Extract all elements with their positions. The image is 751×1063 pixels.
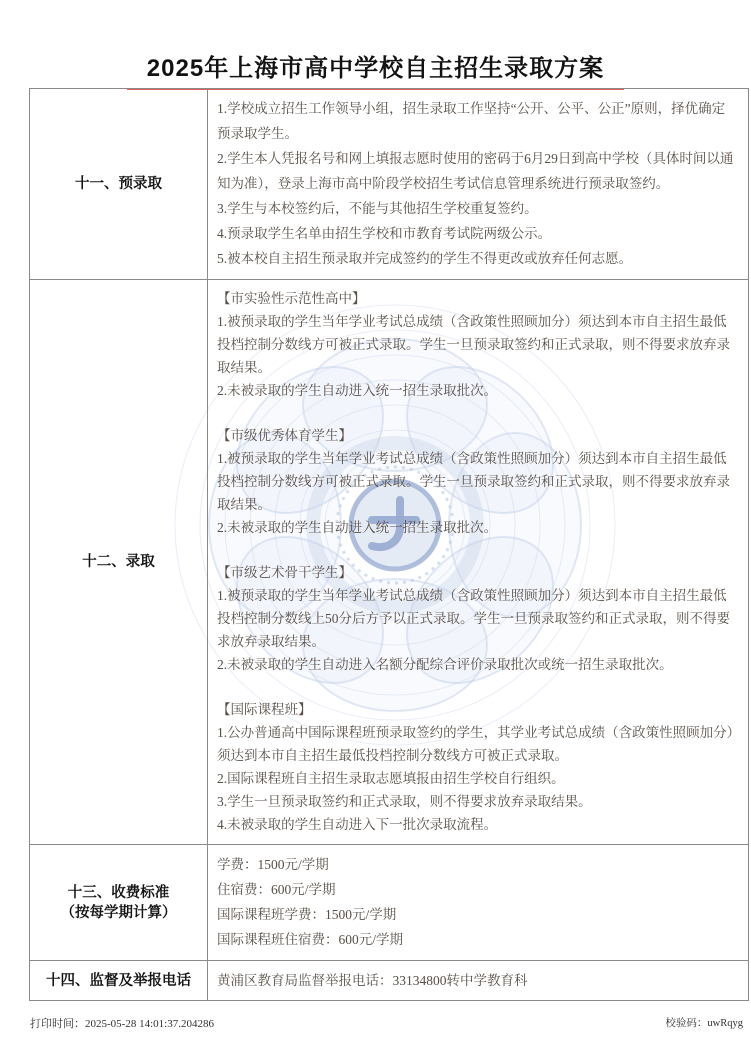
checksum: 校验码：uwRqyg	[665, 1015, 743, 1031]
table-row-fees: 十三、收费标准 （按每学期计算） 学费：1500元/学期 住宿费：600元/学期…	[30, 845, 749, 961]
document-page: 2025年上海市高中学校自主招生录取方案 十一、预录取 1.学校成立招生工作领导…	[0, 0, 751, 1063]
row-content-fees: 学费：1500元/学期 住宿费：600元/学期 国际课程班学费：1500元/学期…	[208, 845, 749, 961]
list-item: 1.被预录取的学生当年学业考试总成绩（含政策性照顾加分）须达到本市自主招生最低投…	[217, 447, 738, 516]
section-header: 【市实验性示范性高中】	[217, 287, 738, 310]
fee-item: 国际课程班住宿费：600元/学期	[217, 927, 738, 952]
checksum-label: 校验码：	[665, 1018, 707, 1029]
list-item: 2.未被录取的学生自动进入统一招生录取批次。	[217, 379, 738, 402]
row-label-fees-line1: 十三、收费标准	[31, 883, 206, 903]
supervision-phone: 黄浦区教育局监督举报电话：33134800转中学教育科	[217, 973, 738, 989]
list-item: 2.未被录取的学生自动进入统一招生录取批次。	[217, 516, 738, 539]
print-time-value: 2025-05-28 14:01:37.204286	[85, 1018, 214, 1030]
table-row-admission: 十二、录取 【市实验性示范性高中】 1.被预录取的学生当年学业考试总成绩（含政策…	[30, 280, 749, 845]
row-label-fees-line2: （按每学期计算）	[31, 903, 206, 923]
list-item: 5.被本校自主招生预录取并完成签约的学生不得更改或放弃任何志愿。	[217, 246, 738, 271]
row-content-supervision: 黄浦区教育局监督举报电话：33134800转中学教育科	[208, 961, 749, 1001]
row-label-pre-admission: 十一、预录取	[30, 89, 208, 280]
page-title: 2025年上海市高中学校自主招生录取方案	[0, 48, 751, 90]
fee-item: 住宿费：600元/学期	[217, 877, 738, 902]
list-item: 1.被预录取的学生当年学业考试总成绩（含政策性照顾加分）须达到本市自主招生最低投…	[217, 310, 738, 379]
list-item: 3.学生一旦预录取签约和正式录取，则不得要求放弃录取结果。	[217, 790, 738, 813]
checksum-value: uwRqyg	[707, 1018, 743, 1029]
section-header: 【市级艺术骨干学生】	[217, 561, 738, 584]
section-sports-students: 【市级优秀体育学生】 1.被预录取的学生当年学业考试总成绩（含政策性照顾加分）须…	[217, 424, 738, 539]
fee-item: 国际课程班学费：1500元/学期	[217, 902, 738, 927]
page-title-text: 2025年上海市高中学校自主招生录取方案	[127, 48, 624, 90]
list-item: 4.预录取学生名单由招生学校和市教育考试院两级公示。	[217, 221, 738, 246]
table-row-supervision: 十四、监督及举报电话 黄浦区教育局监督举报电话：33134800转中学教育科	[30, 961, 749, 1001]
print-time: 打印时间：2025-05-28 14:01:37.204286	[30, 1015, 214, 1031]
list-item: 2.国际课程班自主招生录取志愿填报由招生学校自行组织。	[217, 767, 738, 790]
row-label-admission: 十二、录取	[30, 280, 208, 845]
list-item: 4.未被录取的学生自动进入下一批次录取流程。	[217, 813, 738, 836]
fee-item: 学费：1500元/学期	[217, 852, 738, 877]
list-item: 1.学校成立招生工作领导小组，招生录取工作坚持“公开、公平、公正”原则，择优确定…	[217, 96, 738, 146]
list-item: 3.学生与本校签约后，不能与其他招生学校重复签约。	[217, 196, 738, 221]
list-item: 2.未被录取的学生自动进入名额分配综合评价录取批次或统一招生录取批次。	[217, 653, 738, 676]
row-label-supervision: 十四、监督及举报电话	[30, 961, 208, 1001]
admission-plan-table: 十一、预录取 1.学校成立招生工作领导小组，招生录取工作坚持“公开、公平、公正”…	[29, 88, 749, 1001]
section-header: 【国际课程班】	[217, 698, 738, 721]
list-item: 1.被预录取的学生当年学业考试总成绩（含政策性照顾加分）须达到本市自主招生最低投…	[217, 584, 738, 653]
row-content-admission: 【市实验性示范性高中】 1.被预录取的学生当年学业考试总成绩（含政策性照顾加分）…	[208, 280, 749, 845]
row-content-pre-admission: 1.学校成立招生工作领导小组，招生录取工作坚持“公开、公平、公正”原则，择优确定…	[208, 89, 749, 280]
page-footer: 打印时间：2025-05-28 14:01:37.204286 校验码：uwRq…	[30, 1015, 743, 1031]
print-time-label: 打印时间：	[30, 1018, 85, 1030]
section-model-high-school: 【市实验性示范性高中】 1.被预录取的学生当年学业考试总成绩（含政策性照顾加分）…	[217, 287, 738, 402]
section-international-program: 【国际课程班】 1.公办普通高中国际课程班预录取签约的学生，其学业考试总成绩（含…	[217, 698, 738, 836]
row-label-fees: 十三、收费标准 （按每学期计算）	[30, 845, 208, 961]
list-item: 2.学生本人凭报名号和网上填报志愿时使用的密码于6月29日到高中学校（具体时间以…	[217, 146, 738, 196]
section-art-students: 【市级艺术骨干学生】 1.被预录取的学生当年学业考试总成绩（含政策性照顾加分）须…	[217, 561, 738, 676]
list-item: 1.公办普通高中国际课程班预录取签约的学生，其学业考试总成绩（含政策性照顾加分）…	[217, 721, 738, 767]
section-header: 【市级优秀体育学生】	[217, 424, 738, 447]
table-row-pre-admission: 十一、预录取 1.学校成立招生工作领导小组，招生录取工作坚持“公开、公平、公正”…	[30, 89, 749, 280]
